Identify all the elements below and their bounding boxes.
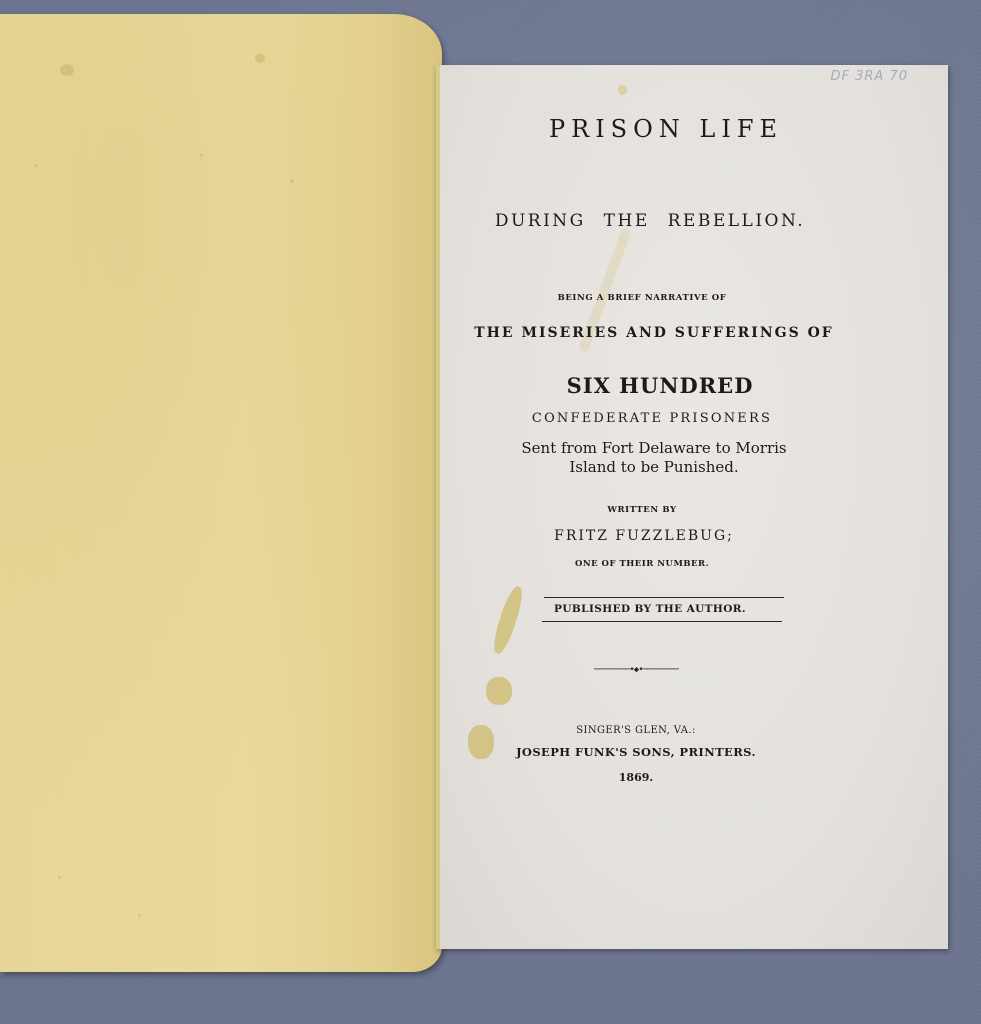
description-line: THE MISERIES AND SUFFERINGS OF bbox=[400, 325, 908, 341]
title-page: DF 3RA 70 PRISON LIFE DURING THE REBELLI… bbox=[436, 65, 948, 949]
pencil-call-number: DF 3RA 70 bbox=[831, 71, 909, 83]
written-by-label: WRITTEN BY bbox=[388, 505, 896, 515]
description-line: CONFEDERATE PRISONERS bbox=[398, 411, 906, 426]
foxing-spot bbox=[290, 179, 294, 183]
imprint-place: SINGER'S GLEN, VA.: bbox=[382, 725, 890, 736]
emphasis-line: SIX HUNDRED bbox=[406, 373, 914, 398]
top-rule bbox=[544, 597, 784, 598]
water-stain bbox=[486, 677, 512, 705]
bottom-rule bbox=[542, 621, 782, 622]
imprint-year: 1869. bbox=[382, 771, 890, 784]
imprint-printer: JOSEPH FUNK'S SONS, PRINTERS. bbox=[382, 745, 890, 759]
water-stain bbox=[490, 584, 527, 656]
book-subtitle: DURING THE REBELLION. bbox=[396, 211, 904, 231]
intro-line: BEING A BRIEF NARRATIVE OF bbox=[388, 293, 896, 303]
water-stain bbox=[618, 85, 627, 95]
foxing-spot bbox=[35, 164, 38, 167]
description-line: Island to be Punished. bbox=[400, 458, 908, 476]
foxing-spot bbox=[58, 876, 61, 879]
ornamental-divider: ────────•◆•──────── bbox=[382, 665, 890, 675]
author-note: ONE OF THEIR NUMBER. bbox=[388, 559, 896, 569]
description-line: Sent from Fort Delaware to Morris bbox=[400, 439, 908, 457]
foxing-spot bbox=[138, 914, 141, 917]
publisher-note: PUBLISHED BY THE AUTHOR. bbox=[396, 603, 904, 615]
left-endpaper bbox=[0, 14, 442, 972]
foxing-spot bbox=[200, 154, 203, 157]
author-name: FRITZ FUZZLEBUG; bbox=[390, 528, 898, 544]
foxing-spot bbox=[60, 64, 74, 76]
book-title: PRISON LIFE bbox=[412, 115, 920, 143]
foxing-spot bbox=[255, 54, 265, 63]
